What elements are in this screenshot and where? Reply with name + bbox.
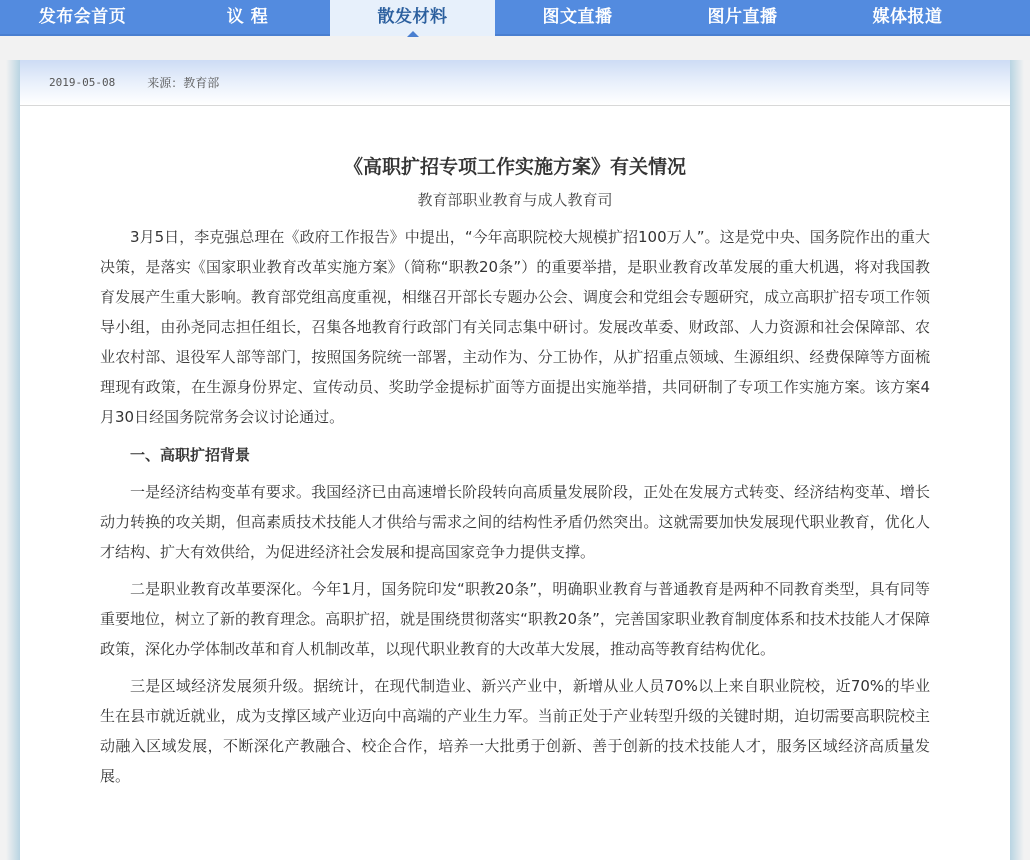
nav-tab-home[interactable]: 发布会首页	[0, 0, 165, 36]
article-source: 来源：教育部	[147, 74, 219, 91]
intro-paragraph: 3月5日，李克强总理在《政府工作报告》中提出，“今年高职院校大规模扩招100万人…	[100, 222, 930, 432]
top-navigation: 发布会首页 议 程 散发材料 图文直播 图片直播 媒体报道	[0, 0, 1030, 36]
article-card: 2019-05-08 来源：教育部 《高职扩招专项工作实施方案》有关情况 教育部…	[20, 60, 1010, 831]
paragraph-vocational-reform: 二是职业教育改革要深化。今年1月，国务院印发“职教20条”，明确职业教育与普通教…	[100, 574, 930, 664]
card-shadow-right	[1010, 60, 1024, 831]
nav-tab-text-live[interactable]: 图文直播	[495, 0, 660, 36]
section-heading: 一、高职扩招背景	[100, 440, 930, 470]
publish-date: 2019-05-08	[49, 76, 115, 89]
paragraph-regional-economy: 三是区域经济发展须升级。据统计，在现代制造业、新兴产业中，新增从业人员70%以上…	[100, 671, 930, 791]
nav-tab-agenda[interactable]: 议 程	[165, 0, 330, 36]
nav-tab-media-reports[interactable]: 媒体报道	[825, 0, 990, 36]
nav-tab-photo-live[interactable]: 图片直播	[660, 0, 825, 36]
article-title: 《高职扩招专项工作实施方案》有关情况	[100, 154, 930, 180]
article-subtitle: 教育部职业教育与成人教育司	[100, 189, 930, 211]
card-shadow-left	[6, 60, 20, 831]
article-body: 《高职扩招专项工作实施方案》有关情况 教育部职业教育与成人教育司 3月5日，李克…	[20, 154, 1010, 791]
nav-tab-materials[interactable]: 散发材料	[330, 0, 495, 36]
paragraph-economic-structure: 一是经济结构变革有要求。我国经济已由高速增长阶段转向高质量发展阶段，正处在发展方…	[100, 477, 930, 567]
article-card-wrapper: 2019-05-08 来源：教育部 《高职扩招专项工作实施方案》有关情况 教育部…	[6, 60, 1024, 831]
article-meta-bar: 2019-05-08 来源：教育部	[20, 60, 1010, 106]
